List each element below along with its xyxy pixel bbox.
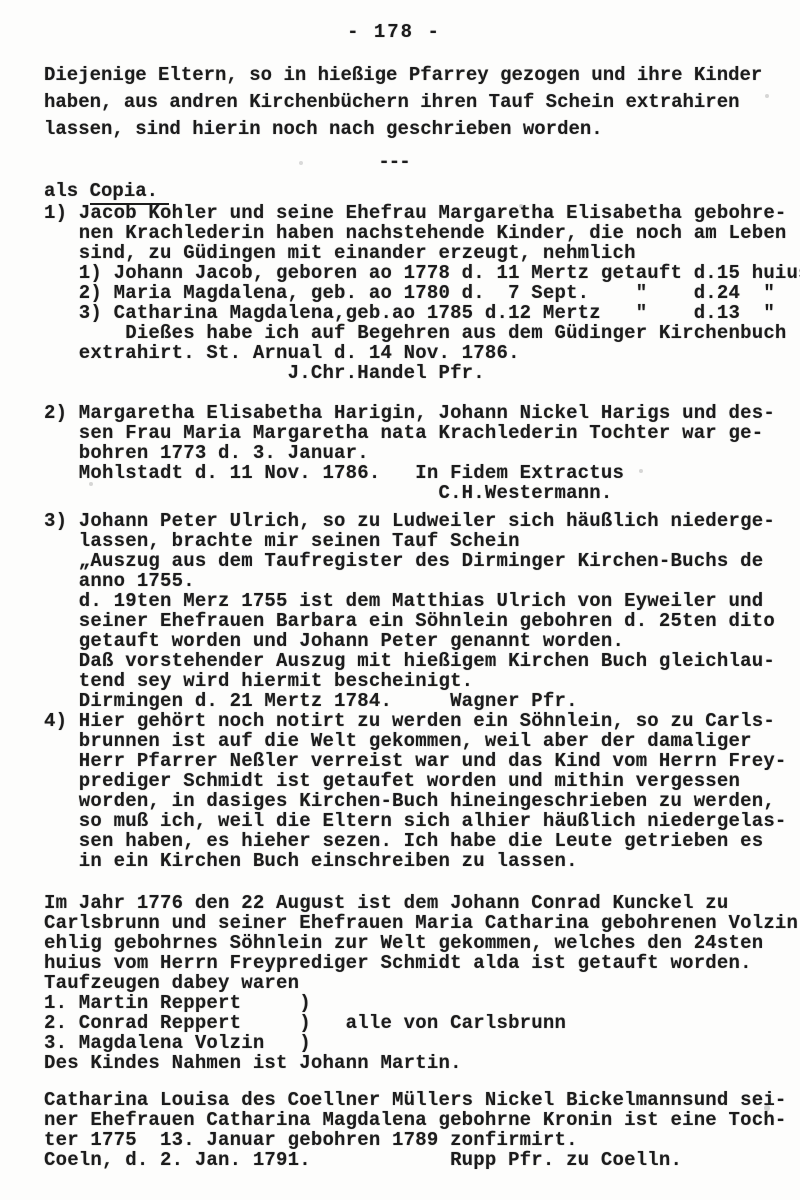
text-line: Carlsbrunn und seiner Ehefrauen Maria Ca… (44, 913, 800, 933)
text-line: 1) Jacob Kohler und seine Ehefrau Margar… (44, 203, 800, 223)
text-line: 4) Hier gehört noch notirt zu werden ein… (44, 711, 800, 731)
text-line: huius vom Herrn Freyprediger Schmidt ald… (44, 953, 800, 973)
text-line: d. 19ten Merz 1755 ist dem Matthias Ulri… (44, 591, 800, 611)
text-line: getauft worden und Johann Peter genannt … (44, 631, 800, 651)
entry-3-johann-peter-ulrich: 3) Johann Peter Ulrich, so zu Ludweiler … (44, 511, 800, 711)
text-line: sind, zu Güdingen mit einander erzeugt, … (44, 243, 800, 263)
entry-4-carlsbrunnen-soehnlein: 4) Hier gehört noch notirt zu werden ein… (44, 711, 800, 871)
text-line: ner Ehefrauen Catharina Magdalena gebohr… (44, 1110, 800, 1130)
text-line: sen haben, es hieher sezen. Ich habe die… (44, 831, 800, 851)
text-line: Catharina Louisa des Coellner Müllers Ni… (44, 1090, 800, 1110)
section-separator: --- (44, 152, 744, 172)
text-line: 3) Johann Peter Ulrich, so zu Ludweiler … (44, 511, 800, 531)
text-line: Mohlstadt d. 11 Nov. 1786. In Fidem Extr… (44, 463, 800, 483)
text-line: extrahirt. St. Arnual d. 14 Nov. 1786. (44, 343, 800, 363)
text-line: Dießes habe ich auf Begehren aus dem Güd… (44, 323, 800, 343)
scan-speckles (0, 0, 2, 2)
text-line: 2. Conrad Reppert ) alle von Carlsbrunn (44, 1013, 800, 1033)
text-line: prediger Schmidt ist getaufet worden und… (44, 771, 800, 791)
text-line: ehlig gebohrnes Söhnlein zur Welt gekomm… (44, 933, 800, 953)
text-line: lassen, sind hierin noch nach geschriebe… (44, 116, 800, 143)
text-line: 3) Catharina Magdalena,geb.ao 1785 d.12 … (44, 303, 800, 323)
text-line: nen Krachlederin haben nachstehende Kind… (44, 223, 800, 243)
text-line: Im Jahr 1776 den 22 August ist dem Johan… (44, 893, 800, 913)
page-number: - 178 - (44, 22, 744, 42)
text-line: lassen, brachte mir seinen Tauf Schein (44, 531, 800, 551)
text-line: Dirmingen d. 21 Mertz 1784. Wagner Pfr. (44, 691, 800, 711)
text-line: C.H.Westermann. (44, 483, 800, 503)
text-line: Taufzeugen dabey waren (44, 973, 800, 993)
document-page: - 178 - Diejenige Eltern, so in hießige … (0, 0, 800, 1200)
text-line: J.Chr.Handel Pfr. (44, 363, 800, 383)
kunckel-birth-note: Im Jahr 1776 den 22 August ist dem Johan… (44, 893, 800, 1073)
text-line: worden, in dasiges Kirchen-Buch hineinge… (44, 791, 800, 811)
text-line: in ein Kirchen Buch einschreiben zu lass… (44, 851, 800, 871)
text-line: sen Frau Maria Margaretha nata Krachlede… (44, 423, 800, 443)
text-line: Herr Pfarrer Neßler verreist war und das… (44, 751, 800, 771)
text-line: brunnen ist auf die Welt gekommen, weil … (44, 731, 800, 751)
text-line: tend sey wird hiermit bescheinigt. (44, 671, 800, 691)
bickelmann-confirmation-note: Catharina Louisa des Coellner Müllers Ni… (44, 1090, 800, 1170)
text-line: ter 1775 13. Januar gebohren 1789 zonfir… (44, 1130, 800, 1150)
text-line: bohren 1773 d. 3. Januar. (44, 443, 800, 463)
text-line: 1) Johann Jacob, geboren ao 1778 d. 11 M… (44, 263, 800, 283)
text-line: 3. Magdalena Volzin ) (44, 1033, 800, 1053)
text-line: 2) Margaretha Elisabetha Harigin, Johann… (44, 403, 800, 423)
copia-heading: als Copia. (44, 181, 800, 201)
text-line: Daß vorstehender Auszug mit hießigem Kir… (44, 651, 800, 671)
text-line: so muß ich, weil die Eltern sich alhier … (44, 811, 800, 831)
text-line: „Auszug aus dem Taufregister des Dirming… (44, 551, 800, 571)
entry-1-jacob-kohler: 1) Jacob Kohler und seine Ehefrau Margar… (44, 203, 800, 383)
text-line: Diejenige Eltern, so in hießige Pfarrey … (44, 62, 800, 89)
text-line: 2) Maria Magdalena, geb. ao 1780 d. 7 Se… (44, 283, 800, 303)
copia-prefix: als (44, 180, 90, 202)
text-line: seiner Ehefrauen Barbara ein Söhnlein ge… (44, 611, 800, 631)
text-line: haben, aus andren Kirchenbüchern ihren T… (44, 89, 800, 116)
text-line: anno 1755. (44, 571, 800, 591)
text-line: 1. Martin Reppert ) (44, 993, 800, 1013)
intro-paragraph: Diejenige Eltern, so in hießige Pfarrey … (44, 62, 800, 143)
text-line: Des Kindes Nahmen ist Johann Martin. (44, 1053, 800, 1073)
text-line: Coeln, d. 2. Jan. 1791. Rupp Pfr. zu Coe… (44, 1150, 800, 1170)
entry-2-margaretha-harigin: 2) Margaretha Elisabetha Harigin, Johann… (44, 403, 800, 503)
